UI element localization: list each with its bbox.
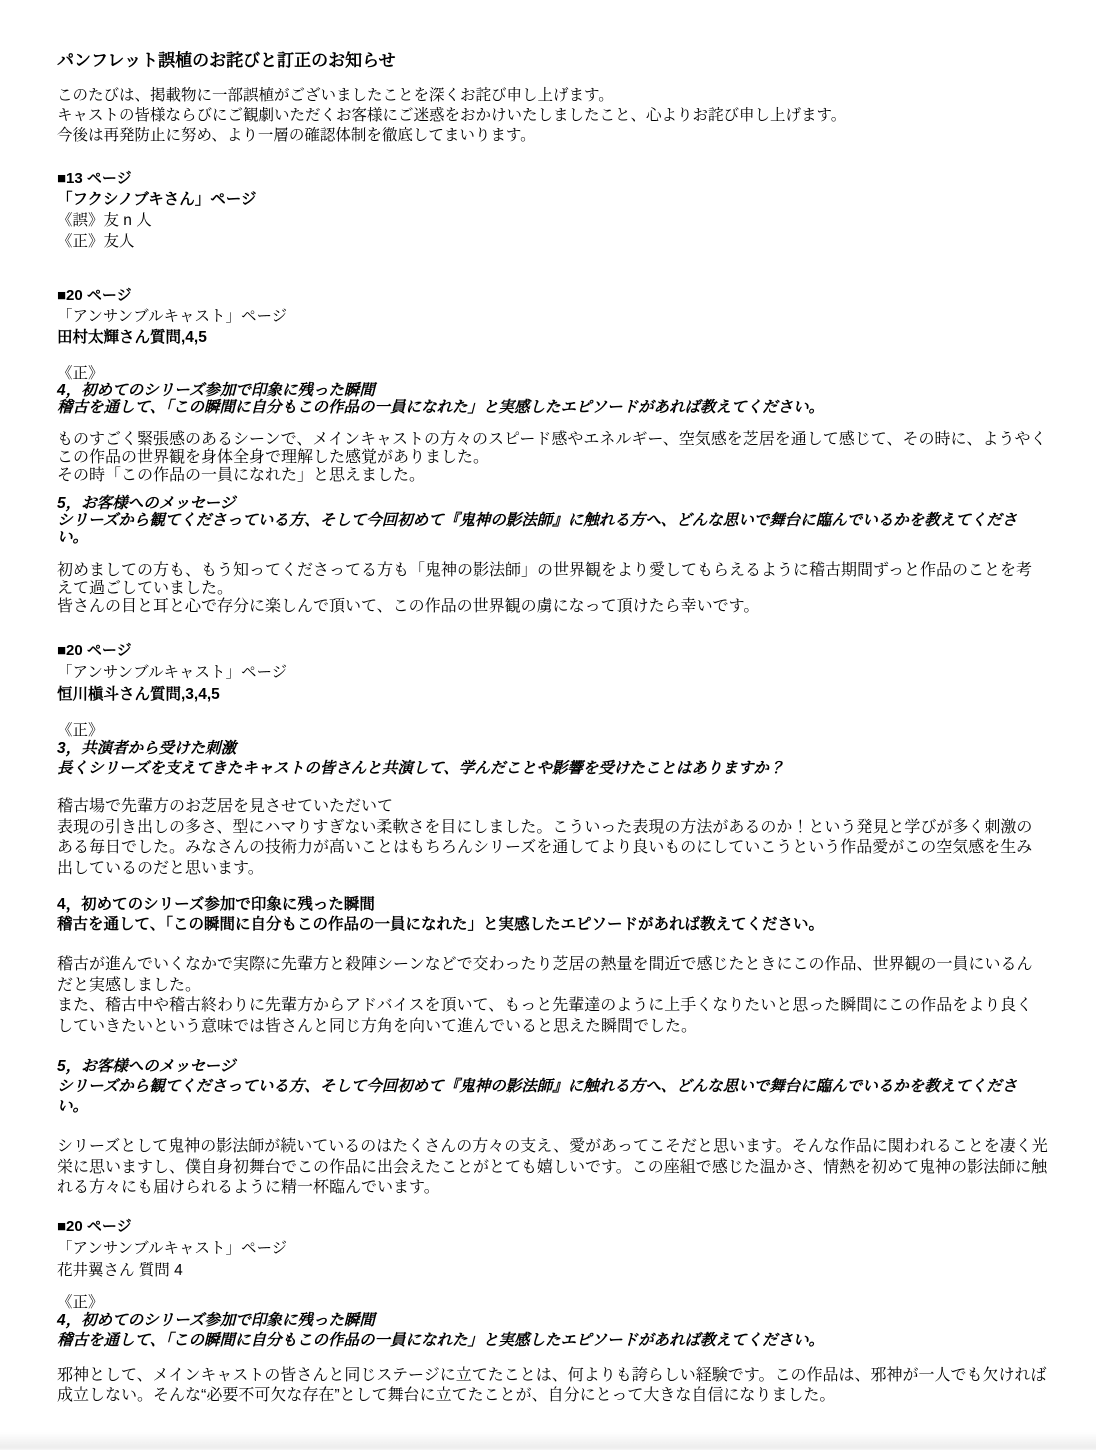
answer-paragraph: 邪神として、メインキャストの皆さんと同じステージに立てたことは、何よりも誇らしい… [57, 1366, 1048, 1407]
page-label: 「アンサンブルキャスト」ページ [57, 306, 1048, 327]
page-marker: ■13 ページ [57, 168, 1048, 189]
answer-block: シリーズとして鬼神の影法師が続いているのはたくさんの方々の支え、愛があってこそだ… [57, 1137, 1048, 1199]
person-label: 田村太輝さん質問,4,5 [57, 327, 1048, 348]
correct-mark: 《正》 [57, 365, 1048, 382]
answer-paragraph: また、稽古中や稽古終わりに先輩方からアドバイスを頂いて、もっと先輩達のように上手… [57, 996, 1048, 1037]
correction-line: 《正》友人 [57, 231, 1048, 252]
correction-block: 《正》 4，初めてのシリーズ参加で印象に残った瞬間 稽古を通して、「この瞬間に自… [57, 365, 1048, 416]
answer-block: 初めましての方も、もう知ってくださってる方も「鬼神の影法師」の世界観をより愛して… [57, 562, 1048, 616]
question-desc: 稽古を通して、「この瞬間に自分もこの作品の一員になれた」と実感したエピソードがあ… [57, 399, 1048, 416]
question-heading: 4，初めてのシリーズ参加で印象に残った瞬間 [57, 382, 1048, 399]
page-bottom-edge [0, 1432, 1096, 1450]
answer-paragraph: 稽古が進んでいくなかで実際に先輩方と殺陣シーンなどで交わったり芝居の熱量を間近で… [57, 955, 1048, 996]
page-marker: ■20 ページ [57, 640, 1048, 662]
person-label: 花井翼さん 質問 4 [57, 1260, 1048, 1282]
question-block: 5，お客様へのメッセージ シリーズから観てくださっている方、そして今回初めて『鬼… [57, 1057, 1048, 1117]
question-heading: 5，お客様へのメッセージ [57, 495, 1048, 512]
intro-paragraph: このたびは、掲載物に一部誤植がございましたことを深くお詫び申し上げます。 キャス… [57, 86, 1048, 146]
page-title: パンフレット誤植のお詫びと訂正のお知らせ [57, 50, 1048, 72]
question-desc: 長くシリーズを支えてきたキャストの皆さんと共演して、学んだことや影響を受けたこと… [57, 759, 1048, 779]
answer-block: 稽古場で先輩方のお芝居を見させていただいて 表現の引き出しの多さ、型にハマりすぎ… [57, 797, 1048, 879]
answer-block: 稽古が進んでいくなかで実際に先輩方と殺陣シーンなどで交わったり芝居の熱量を間近で… [57, 955, 1048, 1037]
question-desc: シリーズから観てくださっている方、そして今回初めて『鬼神の影法師』に触れる方へ、… [57, 1077, 1048, 1117]
question-desc: 稽古を通して、「この瞬間に自分もこの作品の一員になれた」と実感したエピソードがあ… [57, 1331, 1048, 1351]
error-line: 《誤》友 n 人 [57, 210, 1048, 231]
question-heading: 4，初めてのシリーズ参加で印象に残った瞬間 [57, 895, 1048, 915]
section-page13-fukushinobuki: ■13 ページ 「フクシノブキさん」ページ 《誤》友 n 人 《正》友人 [57, 168, 1048, 252]
correction-block: 《正》 4，初めてのシリーズ参加で印象に残った瞬間 稽古を通して、「この瞬間に自… [57, 1294, 1048, 1351]
page-label: 「フクシノブキさん」ページ [57, 189, 1048, 210]
intro-line: 今後は再発防止に努め、より一層の確認体制を徹底してまいります。 [57, 126, 1048, 146]
page-marker: ■20 ページ [57, 1216, 1048, 1238]
correction-notice-document: パンフレット誤植のお詫びと訂正のお知らせ このたびは、掲載物に一部誤植がございま… [0, 0, 1096, 1407]
correct-mark: 《正》 [57, 1294, 1048, 1311]
question-desc: 稽古を通して、「この瞬間に自分もこの作品の一員になれた」と実感したエピソードがあ… [57, 915, 1048, 935]
answer-block: ものすごく緊張感のあるシーンで、メインキャストの方々のスピード感やエネルギー、空… [57, 431, 1048, 485]
question-heading: 5，お客様へのメッセージ [57, 1057, 1048, 1077]
correction-block: 《正》 3，共演者から受けた刺激 長くシリーズを支えてきたキャストの皆さんと共演… [57, 722, 1048, 779]
intro-line: キャストの皆様ならびにご観劇いただくお客様にご迷惑をおかけいたしましたこと、心よ… [57, 106, 1048, 126]
question-block: 4，初めてのシリーズ参加で印象に残った瞬間 稽古を通して、「この瞬間に自分もこの… [57, 895, 1048, 935]
page-marker: ■20 ページ [57, 285, 1048, 306]
answer-paragraph: その時「この作品の一員になれた」と思えました。 [57, 467, 1048, 485]
answer-paragraph: 表現の引き出しの多さ、型にハマりすぎない柔軟さを目にしました。こういった表現の方… [57, 818, 1048, 880]
question-heading: 3，共演者から受けた刺激 [57, 739, 1048, 759]
question-block: 5，お客様へのメッセージ シリーズから観てくださっている方、そして今回初めて『鬼… [57, 495, 1048, 546]
answer-paragraph: 皆さんの目と耳と心で存分に楽しんで頂いて、この作品の世界観の虜になって頂けたら幸… [57, 598, 1048, 616]
question-desc: シリーズから観てくださっている方、そして今回初めて『鬼神の影法師』に触れる方へ、… [57, 512, 1048, 546]
answer-paragraph: ものすごく緊張感のあるシーンで、メインキャストの方々のスピード感やエネルギー、空… [57, 431, 1048, 467]
person-label: 恒川槇斗さん質問,3,4,5 [57, 684, 1048, 706]
question-heading: 4，初めてのシリーズ参加で印象に残った瞬間 [57, 1311, 1048, 1331]
section-page20-tsunekawa: ■20 ページ 「アンサンブルキャスト」ページ 恒川槇斗さん質問,3,4,5 《… [57, 640, 1048, 1199]
answer-block: 邪神として、メインキャストの皆さんと同じステージに立てたことは、何よりも誇らしい… [57, 1366, 1048, 1407]
correct-mark: 《正》 [57, 722, 1048, 739]
answer-paragraph: 初めましての方も、もう知ってくださってる方も「鬼神の影法師」の世界観をより愛して… [57, 562, 1048, 598]
page-label: 「アンサンブルキャスト」ページ [57, 1238, 1048, 1260]
page-label: 「アンサンブルキャスト」ページ [57, 662, 1048, 684]
section-page20-hanai: ■20 ページ 「アンサンブルキャスト」ページ 花井翼さん 質問 4 《正》 4… [57, 1216, 1048, 1407]
answer-paragraph: シリーズとして鬼神の影法師が続いているのはたくさんの方々の支え、愛があってこそだ… [57, 1137, 1048, 1199]
intro-line: このたびは、掲載物に一部誤植がございましたことを深くお詫び申し上げます。 [57, 86, 1048, 106]
section-page20-tamura: ■20 ページ 「アンサンブルキャスト」ページ 田村太輝さん質問,4,5 《正》… [57, 285, 1048, 616]
answer-paragraph: 稽古場で先輩方のお芝居を見させていただいて [57, 797, 1048, 818]
